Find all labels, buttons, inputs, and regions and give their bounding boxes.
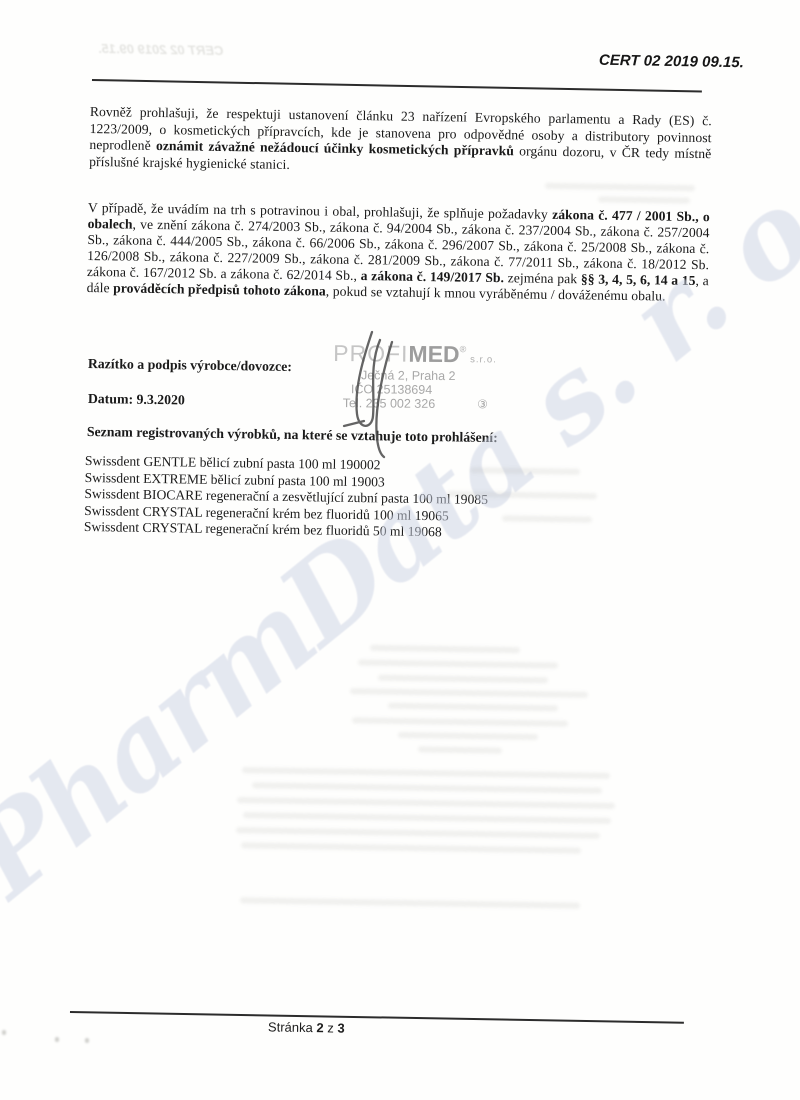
scan-speck bbox=[55, 1037, 59, 1042]
scan-speck bbox=[85, 1038, 89, 1043]
header-rule bbox=[92, 79, 702, 92]
bleed-line bbox=[352, 717, 568, 726]
bleed-line bbox=[241, 842, 581, 853]
footer-rule bbox=[70, 1011, 684, 1024]
bleed-line bbox=[370, 645, 520, 653]
bleed-line bbox=[242, 767, 610, 779]
bleed-line bbox=[378, 675, 548, 684]
document-code: CERT 02 2019 09.15. bbox=[599, 52, 744, 72]
bold-emphasis: prováděcích předpisů tohoto zákona bbox=[113, 280, 326, 298]
bleed-line bbox=[358, 659, 558, 668]
bleed-line bbox=[350, 688, 588, 698]
bleed-line bbox=[598, 196, 690, 203]
paragraph-text: zejména pak bbox=[504, 269, 581, 285]
document-page: CERT 02 2019 09.15. CERT 02 2019 09.15. … bbox=[0, 0, 800, 1100]
bleed-line bbox=[243, 812, 611, 824]
ghost-header-bleed: CERT 02 2019 09.15. bbox=[98, 41, 224, 58]
stamp-brand-suffix: s.r.o. bbox=[470, 354, 497, 365]
bleed-line bbox=[236, 827, 600, 839]
date-label: Datum: 9.3.2020 bbox=[88, 391, 185, 408]
bleed-line bbox=[398, 732, 538, 740]
footer-of-word: z bbox=[327, 1020, 334, 1035]
bleed-line bbox=[240, 897, 580, 908]
footer-page-number: 2 bbox=[316, 1020, 323, 1035]
page-footer: Stránka 2 z 3 bbox=[268, 1019, 345, 1035]
scan-speck bbox=[2, 1030, 6, 1035]
registered-trademark-icon: ® bbox=[460, 344, 468, 354]
bleed-line bbox=[252, 782, 602, 793]
bleed-line bbox=[237, 797, 615, 809]
bleed-line bbox=[418, 746, 502, 753]
footer-label: Stránka bbox=[268, 1019, 313, 1035]
bold-emphasis: a zákona č. 149/2017 Sb. bbox=[361, 267, 504, 284]
bleed-line bbox=[388, 703, 558, 712]
paragraph-cosmetics-regulation: Rovněž prohlašuji, že respektuji ustanov… bbox=[89, 104, 712, 179]
stamp-signature-label: Razítko a podpis výrobce/dovozce: bbox=[88, 356, 292, 375]
footer-total-pages: 3 bbox=[337, 1021, 344, 1036]
bleed-line bbox=[545, 183, 695, 191]
